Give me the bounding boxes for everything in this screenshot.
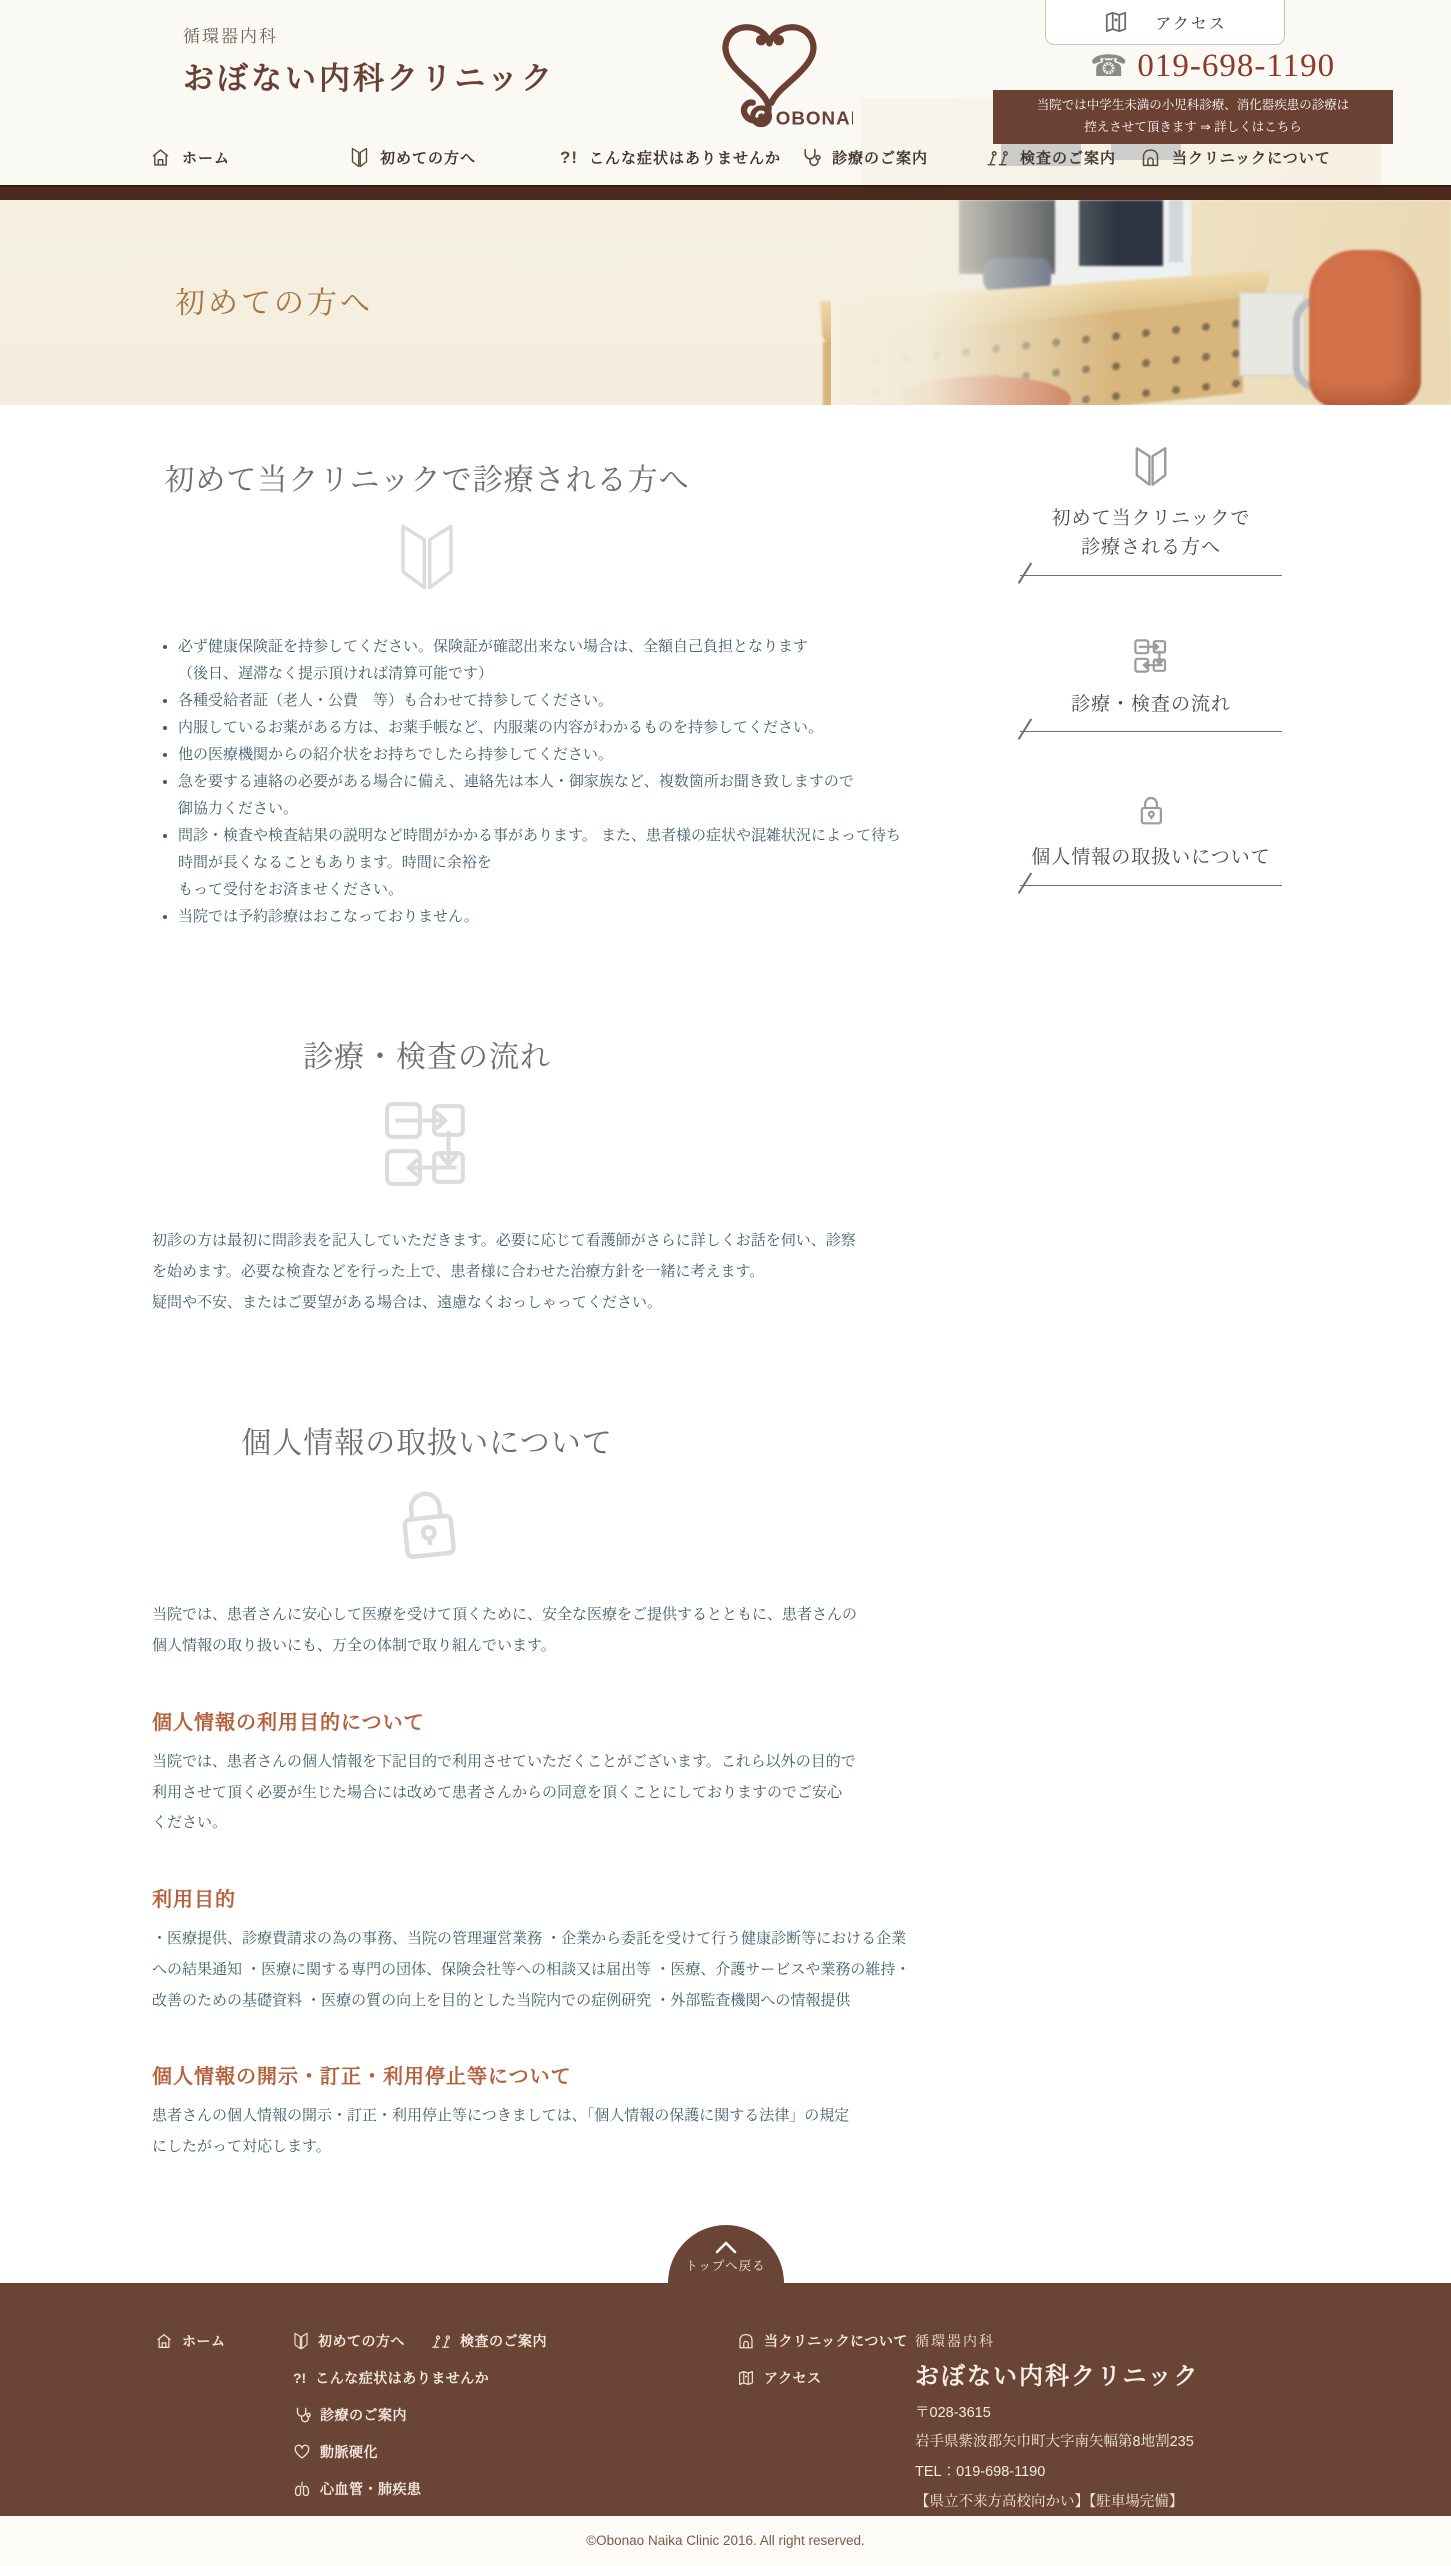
footer-link-exams[interactable]: 検査のご案内	[430, 2331, 547, 2351]
back-to-top-label: トップへ戻る	[668, 2256, 784, 2274]
sidebar-item-label: 初めて当クリニックで 診療される方へ	[1020, 504, 1282, 563]
nav-item-symptoms[interactable]: ?! こんな症状はありませんか	[560, 130, 781, 185]
access-button[interactable]: アクセス	[1045, 0, 1285, 45]
footer-col-about: 当クリニックについて アクセス	[737, 2331, 908, 2405]
privacy-sub-heading: 利用目的	[152, 1883, 914, 1912]
section-flow-head: 診療・検査の流れ	[152, 1032, 702, 1190]
nav-item-first-visit[interactable]: 初めての方へ	[350, 130, 476, 185]
footer-link-label: 検査のご案内	[460, 2331, 547, 2351]
section-heading: 初めて当クリニックで診療される方へ	[152, 455, 702, 499]
list-item: 急を要する連絡の必要がある場合に備え、連絡先は本人・御家族など、複数箇所お聞き致…	[178, 768, 914, 822]
privacy-sub-body: 患者さんの個人情報の開示・訂正・利用停止等につきましては、「個人情報の保護に関す…	[152, 2101, 914, 2163]
sidebar-item-privacy[interactable]: 個人情報の取扱いについて	[1020, 794, 1282, 885]
footer-address-block: 〒028-3615 岩手県紫波郡矢巾町大字南矢幅第8地割235 TEL：019-…	[915, 2399, 1355, 2518]
privacy-sub-heading: 個人情報の開示・訂正・利用停止等について	[152, 2060, 914, 2089]
main-content: 初めて当クリニックで診療される方へ 必ず健康保険証を持参してください。保険証が確…	[0, 405, 1451, 2283]
footer-link-label: こんな症状はありませんか	[315, 2368, 489, 2388]
copyright-text: ©Obonao Naika Clinic 2016. All right res…	[586, 2533, 865, 2548]
nav-label: 診療のご案内	[832, 147, 928, 168]
privacy-sub-heading: 個人情報の利用目的について	[152, 1706, 914, 1735]
sidebar-underline	[1020, 575, 1282, 576]
footer: トップへ戻る ホーム 初めての方へ	[0, 2283, 1451, 2516]
nav-label: 初めての方へ	[380, 147, 476, 168]
stethoscope-icon	[800, 147, 821, 168]
footer-link-about[interactable]: 当クリニックについて	[737, 2331, 908, 2351]
logo-mark-text: OBONAI	[776, 108, 853, 129]
clinic-house-icon	[1140, 147, 1161, 168]
heart-stethoscope-logo-icon: OBONAI	[688, 10, 853, 135]
footer-clinic-name: おぼない内科クリニック	[915, 2356, 1355, 2391]
page: 循環器内科 おぼない内科クリニック OBONAI	[0, 0, 1451, 2566]
stethoscope-icon	[293, 2406, 311, 2424]
map-icon	[1103, 9, 1129, 35]
nav-item-services[interactable]: 診療のご案内	[800, 130, 928, 185]
home-icon	[155, 2332, 173, 2350]
home-icon	[150, 147, 171, 168]
lock-icon	[381, 1480, 473, 1568]
back-to-top-button[interactable]: トップへ戻る	[668, 2225, 784, 2341]
footer-link-symptoms[interactable]: ?! こんな症状はありませんか	[293, 2368, 489, 2388]
heart-icon	[293, 2443, 311, 2461]
list-item: 内服しているお薬がある方は、お薬手帳など、内服薬の内容がわかるものを持参してくだ…	[178, 714, 914, 741]
question-exclamation-icon: ?!	[293, 2370, 306, 2386]
flow-process-icon	[381, 1098, 473, 1190]
footer-department: 循環器内科	[915, 2331, 1355, 2351]
lungs-icon	[293, 2480, 311, 2497]
footer-link-label: 心血管・肺疾患	[320, 2479, 422, 2499]
privacy-sub-body: 当院では、患者さんの個人情報を下記目的で利用させていただくことがございます。これ…	[152, 1747, 914, 1839]
content-column: 初めて当クリニックで診療される方へ 必ず健康保険証を持参してください。保険証が確…	[152, 455, 914, 2163]
footer-link-services[interactable]: 診療のご案内	[293, 2405, 489, 2425]
microscope-exam-icon	[985, 148, 1009, 167]
footer-col-home: ホーム	[155, 2331, 226, 2368]
logo-department: 循環器内科	[183, 22, 555, 47]
page-sidebar: 初めて当クリニックで 診療される方へ 診療・検査の流れ	[1020, 445, 1282, 948]
lock-icon	[1134, 794, 1168, 827]
section-privacy-head: 個人情報の取扱いについて	[152, 1418, 702, 1564]
list-item: 各種受給者証（老人・公費 等）も合わせて持参してください。	[178, 687, 914, 714]
logo-clinic-name: おぼない内科クリニック	[183, 53, 555, 98]
nav-label: ホーム	[182, 147, 230, 168]
sidebar-item-label: 個人情報の取扱いについて	[1020, 843, 1282, 872]
section-first-visit-head: 初めて当クリニックで診療される方へ	[152, 455, 702, 593]
footer-link-label: 診療のご案内	[320, 2405, 407, 2425]
question-exclamation-icon: ?!	[560, 148, 578, 168]
sidebar-underline	[1020, 885, 1282, 886]
footer-link-arteriosclerosis[interactable]: 動脈硬化	[293, 2442, 489, 2462]
header: 循環器内科 おぼない内科クリニック OBONAI	[0, 0, 1451, 185]
microscope-exam-icon	[430, 2333, 451, 2349]
open-book-icon	[395, 521, 459, 593]
sidebar-item-label: 診療・検査の流れ	[1020, 690, 1282, 719]
flow-process-icon	[1133, 638, 1169, 674]
section-heading: 診療・検査の流れ	[152, 1032, 702, 1076]
footer-link-label: 初めての方へ	[318, 2331, 405, 2351]
map-icon	[737, 2369, 755, 2387]
list-item: 当院では予約診療はおこなっておりません。	[178, 903, 914, 930]
footer-address: 岩手県紫波郡矢巾町大字南矢幅第8地割235	[915, 2428, 1355, 2458]
sidebar-underline	[1020, 731, 1282, 732]
nav-item-home[interactable]: ホーム	[150, 130, 230, 185]
nav-label: 当クリニックについて	[1172, 147, 1331, 168]
book-icon	[293, 2332, 309, 2350]
page-title: 初めての方へ	[175, 278, 373, 322]
footer-link-label: 当クリニックについて	[764, 2331, 908, 2351]
list-item: 必ず健康保険証を持参してください。保険証が確認出来ない場合は、全額自己負担となり…	[178, 633, 914, 687]
hero-banner: 初めての方へ	[0, 200, 1451, 405]
clinic-house-icon	[737, 2332, 755, 2350]
list-item: 他の医療機関からの紹介状をお持ちでしたら持参してください。	[178, 741, 914, 768]
privacy-intro: 当院では、患者さんに安心して医療を受けて頂くために、安全な医療をご提供するととも…	[152, 1600, 914, 1662]
access-button-label: アクセス	[1155, 11, 1227, 34]
flow-description: 初診の方は最初に問診表を記入していただきます。必要に応じて看護師がさらに詳しくお…	[152, 1226, 914, 1318]
divider-bar	[0, 185, 1451, 200]
footer-clinic-info: 循環器内科 おぼない内科クリニック 〒028-3615 岩手県紫波郡矢巾町大字南…	[915, 2331, 1355, 2518]
phone-number: 019-698-1190	[1137, 48, 1335, 85]
list-item: 問診・検査や検査結果の説明など時間がかかる事があります。 また、患者様の症状や混…	[178, 822, 914, 903]
footer-link-cardio-pulmonary[interactable]: 心血管・肺疾患	[293, 2479, 489, 2499]
sidebar-item-flow[interactable]: 診療・検査の流れ	[1020, 638, 1282, 732]
section-heading: 個人情報の取扱いについて	[152, 1418, 702, 1462]
reception-photo	[831, 200, 1451, 405]
footer-tel: TEL：019-698-1190	[915, 2458, 1355, 2488]
footer-link-label: ホーム	[182, 2331, 226, 2351]
nav-label: 検査のご案内	[1020, 147, 1116, 168]
copyright-bar: ©Obonao Naika Clinic 2016. All right res…	[0, 2516, 1451, 2566]
phone-link[interactable]: ☎ 019-698-1190	[1090, 48, 1335, 85]
book-icon	[350, 147, 369, 168]
footer-link-home[interactable]: ホーム	[155, 2331, 226, 2351]
footer-postal: 〒028-3615	[915, 2399, 1355, 2429]
notice-banner[interactable]: 当院では中学生未満の小児科診療、消化器疾患の診療は 控えさせて頂きます ⇒ 詳し…	[993, 90, 1393, 144]
sidebar-item-first-visit[interactable]: 初めて当クリニックで 診療される方へ	[1020, 445, 1282, 576]
footer-link-label: アクセス	[764, 2368, 822, 2388]
footer-link-access[interactable]: アクセス	[737, 2368, 908, 2388]
footer-col-exam: 検査のご案内	[430, 2331, 547, 2368]
chevron-up-icon	[715, 2241, 737, 2254]
footer-link-label: 動脈硬化	[320, 2442, 378, 2462]
first-visit-notes-list: 必ず健康保険証を持参してください。保険証が確認出来ない場合は、全額自己負担となり…	[152, 633, 914, 930]
footer-notes: 【県立不来方高校向かい】【駐車場完備】	[915, 2488, 1355, 2518]
site-logo[interactable]: 循環器内科 おぼない内科クリニック	[183, 22, 555, 98]
phone-icon: ☎	[1090, 52, 1127, 82]
privacy-sub-body: ・医療提供、診療費請求の為の事務、当院の管理運営業務 ・企業から委託を受けて行う…	[152, 1924, 914, 2016]
open-book-icon	[1132, 445, 1170, 488]
nav-label: こんな症状はありませんか	[589, 147, 781, 168]
